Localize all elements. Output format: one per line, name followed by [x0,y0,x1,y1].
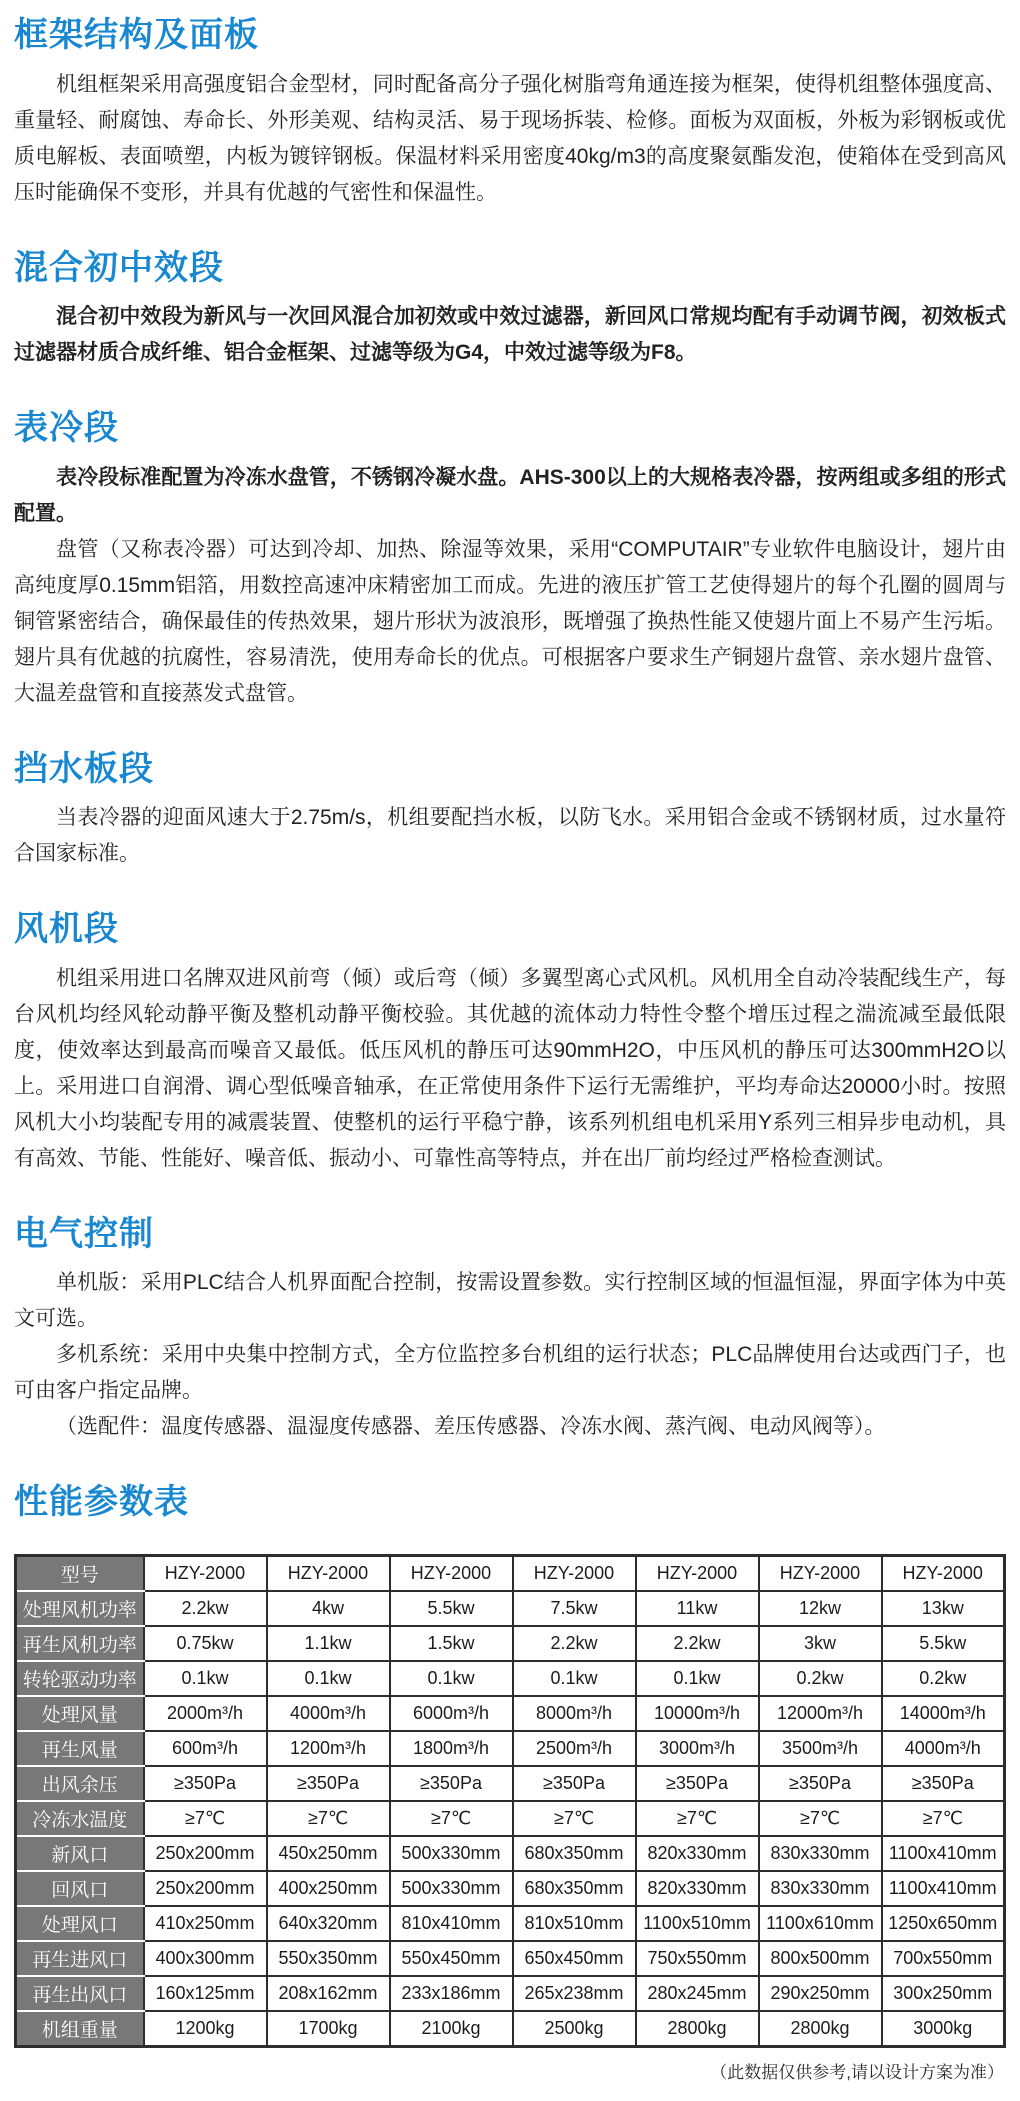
row-label: 型号 [16,1555,144,1591]
table-cell: 0.1kw [390,1661,513,1696]
table-cell: 500x330mm [390,1871,513,1906]
table-cell: 800x500mm [759,1941,882,1976]
table-cell: ≥350Pa [513,1766,636,1801]
paragraph-electrical-1: 单机版：采用PLC结合人机界面配合控制，按需设置参数。实行控制区域的恒温恒湿，界… [14,1265,1006,1337]
table-cell: 2500kg [513,2011,636,2047]
table-header-row: 型号HZY-2000HZY-2000HZY-2000HZY-2000HZY-20… [16,1555,1005,1591]
table-cell: 265x238mm [513,1976,636,2011]
table-cell: 640x320mm [267,1906,390,1941]
row-label: 机组重量 [16,2011,144,2047]
row-label: 出风余压 [16,1766,144,1801]
table-cell: 1100x410mm [882,1836,1005,1871]
table-cell: 4000m³/h [267,1696,390,1731]
paragraph-fan-section: 机组采用进口名牌双进风前弯（倾）或后弯（倾）多翼型离心式风机。风机用全自动冷装配… [14,961,1006,1177]
heading-electrical-control: 电气控制 [14,1213,1006,1256]
row-label: 冷冻水温度 [16,1801,144,1836]
paragraph-frame-structure: 机组框架采用高强度铝合金型材，同时配备高分子强化树脂弯角通连接为框架，使得机组整… [14,67,1006,211]
table-cell: ≥7℃ [759,1801,882,1836]
model-header-cell: HZY-2000 [882,1555,1005,1591]
table-cell: 1100x610mm [759,1906,882,1941]
paragraph-electrical-3: （选配件：温度传感器、温湿度传感器、差压传感器、冷冻水阀、蒸汽阀、电动风阀等）。 [14,1409,1006,1445]
table-cell: ≥350Pa [390,1766,513,1801]
table-row: 再生进风口400x300mm550x350mm550x450mm650x450m… [16,1941,1005,1976]
row-label: 处理风机功率 [16,1591,144,1626]
table-cell: 1200kg [144,2011,267,2047]
table-row: 再生风量600m³/h1200m³/h1800m³/h2500m³/h3000m… [16,1731,1005,1766]
table-cell: 290x250mm [759,1976,882,2011]
row-label: 回风口 [16,1871,144,1906]
table-cell: 5.5kw [882,1626,1005,1661]
heading-performance-table: 性能参数表 [14,1481,1006,1524]
heading-cooling-coil-section: 表冷段 [14,407,1006,450]
table-cell: 2000m³/h [144,1696,267,1731]
table-cell: ≥350Pa [882,1766,1005,1801]
heading-fan-section: 风机段 [14,908,1006,951]
table-cell: 4kw [267,1591,390,1626]
table-cell: 2.2kw [636,1626,759,1661]
table-cell: 4000m³/h [882,1731,1005,1766]
table-cell: 810x410mm [390,1906,513,1941]
table-row: 出风余压≥350Pa≥350Pa≥350Pa≥350Pa≥350Pa≥350Pa… [16,1766,1005,1801]
table-cell: 1700kg [267,2011,390,2047]
table-cell: 750x550mm [636,1941,759,1976]
table-cell: 160x125mm [144,1976,267,2011]
table-row: 再生风机功率0.75kw1.1kw1.5kw2.2kw2.2kw3kw5.5kw [16,1626,1005,1661]
table-cell: 1100x410mm [882,1871,1005,1906]
table-cell: 280x245mm [636,1976,759,2011]
table-cell: 13kw [882,1591,1005,1626]
table-cell: 0.2kw [759,1661,882,1696]
table-row: 回风口250x200mm400x250mm500x330mm680x350mm8… [16,1871,1005,1906]
row-label: 再生风机功率 [16,1626,144,1661]
table-cell: 250x200mm [144,1836,267,1871]
paragraph-electrical-2: 多机系统：采用中央集中控制方式，全方位监控多台机组的运行状态；PLC品牌使用台达… [14,1337,1006,1409]
table-cell: 1100x510mm [636,1906,759,1941]
model-header-cell: HZY-2000 [144,1555,267,1591]
table-row: 再生出风口160x125mm208x162mm233x186mm265x238m… [16,1976,1005,2011]
table-cell: 2800kg [636,2011,759,2047]
table-row: 处理风量2000m³/h4000m³/h6000m³/h8000m³/h1000… [16,1696,1005,1731]
model-header-cell: HZY-2000 [513,1555,636,1591]
table-cell: 0.1kw [513,1661,636,1696]
table-footnote: （此数据仅供参考,请以设计方案为准） [14,2058,1004,2083]
table-cell: 3000m³/h [636,1731,759,1766]
table-cell: 1.1kw [267,1626,390,1661]
paragraph-mixed-filter: 混合初中效段为新风与一次回风混合加初效或中效过滤器，新回风口常规均配有手动调节阀… [14,299,1006,371]
performance-table: 型号HZY-2000HZY-2000HZY-2000HZY-2000HZY-20… [14,1554,1006,2048]
table-cell: 680x350mm [513,1871,636,1906]
table-cell: 550x350mm [267,1941,390,1976]
paragraph-water-baffle: 当表冷器的迎面风速大于2.75m/s，机组要配挡水板，以防飞水。采用铝合金或不锈… [14,800,1006,872]
table-cell: 208x162mm [267,1976,390,2011]
row-label: 再生进风口 [16,1941,144,1976]
table-cell: 500x330mm [390,1836,513,1871]
table-cell: 1.5kw [390,1626,513,1661]
paragraph-cooling-coil-1: 表冷段标准配置为冷冻水盘管，不锈钢冷凝水盘。AHS-300以上的大规格表冷器，按… [14,460,1006,532]
heading-mixed-filter-section: 混合初中效段 [14,247,1006,290]
table-cell: 250x200mm [144,1871,267,1906]
table-cell: 1200m³/h [267,1731,390,1766]
table-cell: ≥350Pa [636,1766,759,1801]
table-cell: 0.1kw [636,1661,759,1696]
table-cell: ≥7℃ [144,1801,267,1836]
table-cell: 8000m³/h [513,1696,636,1731]
product-spec-document: 框架结构及面板 机组框架采用高强度铝合金型材，同时配备高分子强化树脂弯角通连接为… [14,14,1006,2083]
table-row: 冷冻水温度≥7℃≥7℃≥7℃≥7℃≥7℃≥7℃≥7℃ [16,1801,1005,1836]
heading-water-baffle-section: 挡水板段 [14,748,1006,791]
table-cell: 450x250mm [267,1836,390,1871]
table-row: 处理风口410x250mm640x320mm810x410mm810x510mm… [16,1906,1005,1941]
table-cell: 650x450mm [513,1941,636,1976]
table-cell: 400x300mm [144,1941,267,1976]
table-cell: 7.5kw [513,1591,636,1626]
table-cell: 12kw [759,1591,882,1626]
table-cell: 830x330mm [759,1836,882,1871]
row-label: 处理风口 [16,1906,144,1941]
table-cell: 830x330mm [759,1871,882,1906]
table-cell: 2800kg [759,2011,882,2047]
table-cell: 2.2kw [513,1626,636,1661]
table-cell: ≥350Pa [144,1766,267,1801]
table-cell: 11kw [636,1591,759,1626]
table-cell: ≥7℃ [636,1801,759,1836]
table-row: 处理风机功率2.2kw4kw5.5kw7.5kw11kw12kw13kw [16,1591,1005,1626]
table-cell: 0.75kw [144,1626,267,1661]
table-cell: 0.1kw [144,1661,267,1696]
model-header-cell: HZY-2000 [636,1555,759,1591]
table-cell: 233x186mm [390,1976,513,2011]
table-cell: 2100kg [390,2011,513,2047]
performance-table-body: 型号HZY-2000HZY-2000HZY-2000HZY-2000HZY-20… [16,1555,1005,2046]
table-cell: 3kw [759,1626,882,1661]
table-cell: 680x350mm [513,1836,636,1871]
table-cell: 2.2kw [144,1591,267,1626]
table-cell: ≥7℃ [513,1801,636,1836]
model-header-cell: HZY-2000 [267,1555,390,1591]
table-cell: 820x330mm [636,1871,759,1906]
table-cell: 12000m³/h [759,1696,882,1731]
row-label: 新风口 [16,1836,144,1871]
table-cell: 3000kg [882,2011,1005,2047]
table-cell: 410x250mm [144,1906,267,1941]
table-cell: 0.2kw [882,1661,1005,1696]
table-cell: 400x250mm [267,1871,390,1906]
model-header-cell: HZY-2000 [759,1555,882,1591]
table-cell: 550x450mm [390,1941,513,1976]
heading-frame-structure: 框架结构及面板 [14,14,1006,57]
row-label: 再生风量 [16,1731,144,1766]
table-cell: 300x250mm [882,1976,1005,2011]
table-row: 新风口250x200mm450x250mm500x330mm680x350mm8… [16,1836,1005,1871]
table-row: 转轮驱动功率0.1kw0.1kw0.1kw0.1kw0.1kw0.2kw0.2k… [16,1661,1005,1696]
table-cell: ≥350Pa [267,1766,390,1801]
table-cell: 6000m³/h [390,1696,513,1731]
table-cell: 5.5kw [390,1591,513,1626]
paragraph-cooling-coil-2: 盘管（又称表冷器）可达到冷却、加热、除湿等效果，采用“COMPUTAIR”专业软… [14,532,1006,712]
table-cell: 820x330mm [636,1836,759,1871]
model-header-cell: HZY-2000 [390,1555,513,1591]
table-cell: 0.1kw [267,1661,390,1696]
row-label: 再生出风口 [16,1976,144,2011]
table-cell: 1250x650mm [882,1906,1005,1941]
table-cell: 10000m³/h [636,1696,759,1731]
table-cell: ≥350Pa [759,1766,882,1801]
table-cell: 810x510mm [513,1906,636,1941]
table-cell: 700x550mm [882,1941,1005,1976]
table-cell: 600m³/h [144,1731,267,1766]
table-row: 机组重量1200kg1700kg2100kg2500kg2800kg2800kg… [16,2011,1005,2047]
table-cell: ≥7℃ [882,1801,1005,1836]
table-cell: 14000m³/h [882,1696,1005,1731]
table-cell: 3500m³/h [759,1731,882,1766]
table-cell: 2500m³/h [513,1731,636,1766]
table-cell: 1800m³/h [390,1731,513,1766]
table-cell: ≥7℃ [267,1801,390,1836]
row-label: 处理风量 [16,1696,144,1731]
table-cell: ≥7℃ [390,1801,513,1836]
row-label: 转轮驱动功率 [16,1661,144,1696]
